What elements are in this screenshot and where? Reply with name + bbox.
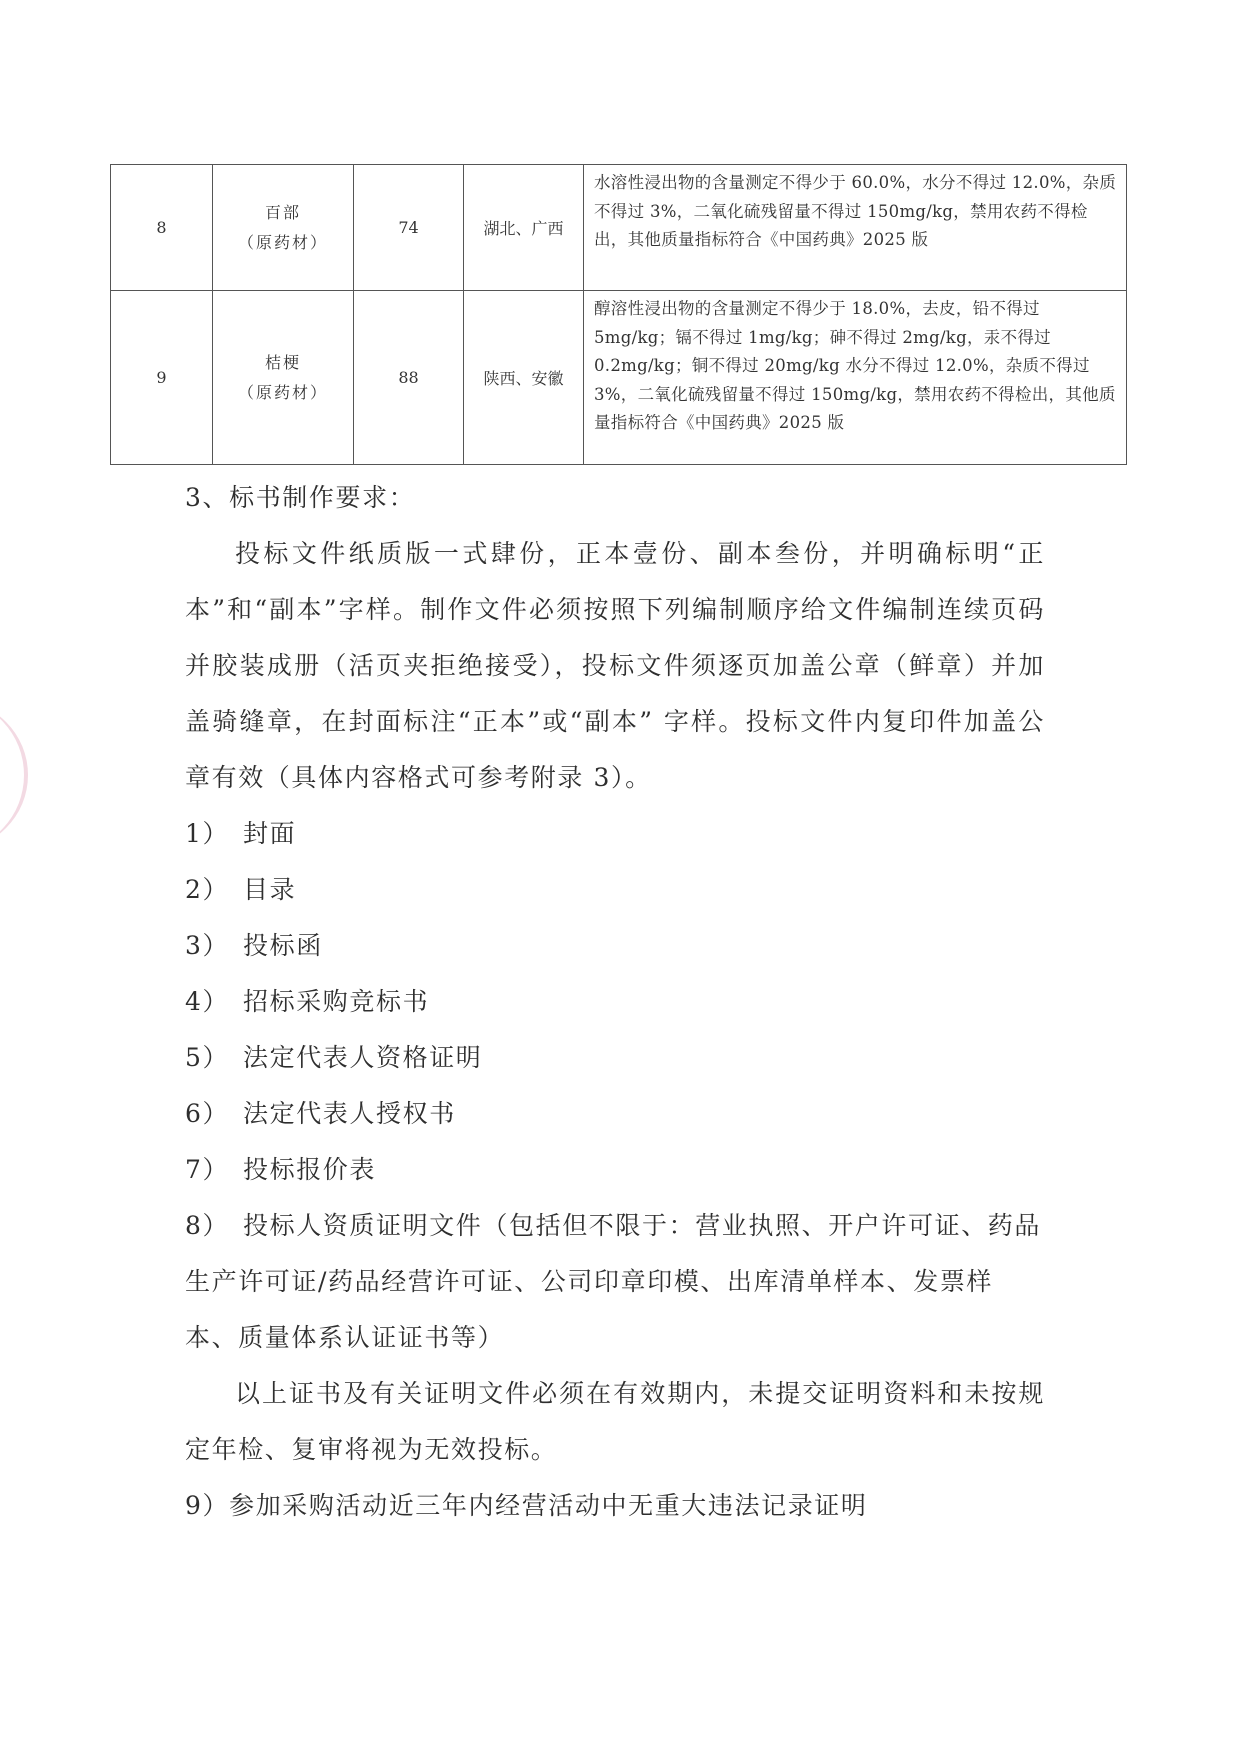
product-name-cell: 桔梗 （原药材） [213, 291, 354, 465]
quality-requirements: 醇溶性浸出物的含量测定不得少于 18.0%，去皮，铅不得过 5mg/kg；镉不得… [584, 291, 1127, 465]
origin: 陕西、安徽 [464, 291, 584, 465]
tender-requirements-section: 3、标书制作要求： 投标文件纸质版一式肆份，正本壹份、副本叁份，并明确标明“正本… [185, 470, 1045, 1534]
list-item: 4）招标采购竞标书 [185, 974, 1045, 1030]
list-item: 2）目录 [185, 862, 1045, 918]
table-row: 8 百部 （原药材） 74 湖北、广西 水溶性浸出物的含量测定不得少于 60.0… [111, 165, 1127, 291]
validity-paragraph: 以上证书及有关证明文件必须在有效期内，未提交证明资料和未按规定年检、复审将视为无… [185, 1366, 1045, 1478]
table-row: 9 桔梗 （原药材） 88 陕西、安徽 醇溶性浸出物的含量测定不得少于 18.0… [111, 291, 1127, 465]
intro-paragraph: 投标文件纸质版一式肆份，正本壹份、副本叁份，并明确标明“正本”和“副本”字样。制… [185, 526, 1045, 806]
specification-table: 8 百部 （原药材） 74 湖北、广西 水溶性浸出物的含量测定不得少于 60.0… [110, 164, 1127, 465]
list-item: 6）法定代表人授权书 [185, 1086, 1045, 1142]
list-item: 1）封面 [185, 806, 1045, 862]
list-item-qualifications: 8）投标人资质证明文件（包括但不限于：营业执照、开户许可证、药品生产许可证/药品… [185, 1198, 1045, 1366]
seal-mark-edge [0, 700, 28, 850]
row-index: 8 [111, 165, 213, 291]
list-item: 7）投标报价表 [185, 1142, 1045, 1198]
product-form: （原药材） [213, 378, 353, 408]
list-item: 5）法定代表人资格证明 [185, 1030, 1045, 1086]
quality-requirements: 水溶性浸出物的含量测定不得少于 60.0%，水分不得过 12.0%，杂质不得过 … [584, 165, 1127, 291]
product-form: （原药材） [213, 228, 353, 258]
origin: 湖北、广西 [464, 165, 584, 291]
section-heading: 3、标书制作要求： [185, 470, 1045, 526]
product-name: 百部 [213, 198, 353, 228]
product-name-cell: 百部 （原药材） [213, 165, 354, 291]
quantity: 74 [354, 165, 464, 291]
row-index: 9 [111, 291, 213, 465]
quantity: 88 [354, 291, 464, 465]
list-item-no-violation: 9）参加采购活动近三年内经营活动中无重大违法记录证明 [185, 1478, 1045, 1534]
list-item: 3）投标函 [185, 918, 1045, 974]
product-name: 桔梗 [213, 348, 353, 378]
